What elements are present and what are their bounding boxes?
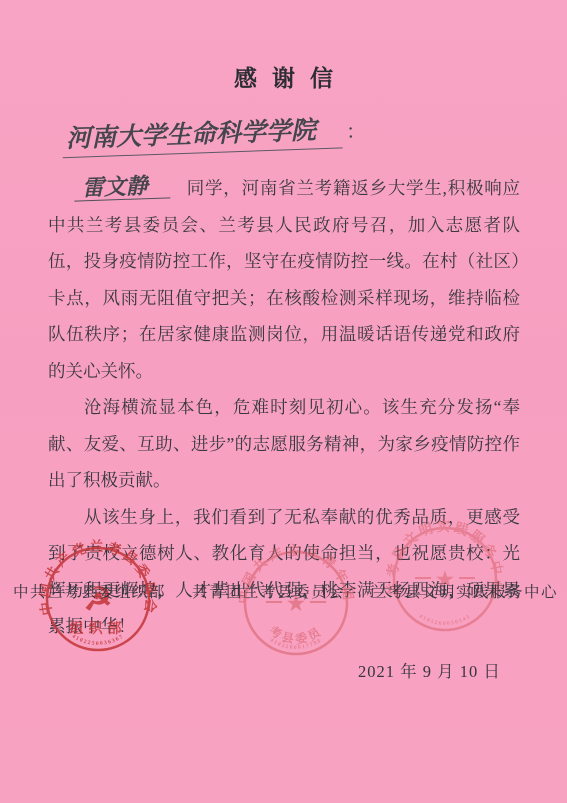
paragraph-3: 从该生身上，我们看到了无私奉献的优秀品质，更感受到了贵校立德树人、教化育人的使命…: [48, 499, 520, 645]
letter-body: 雷文静同学，河南省兰考籍返乡大学生,积极响应中共兰考县委员会、兰考县人民政府号召…: [48, 170, 520, 645]
signer-youth-league: 共青团兰考县委员会: [192, 584, 345, 601]
letter-title: 感谢信: [0, 60, 567, 93]
handwritten-recipient-school: 河南大学生命科学学院: [61, 109, 342, 158]
paragraph-1: 雷文静同学，河南省兰考籍返乡大学生,积极响应中共兰考县委员会、兰考县人民政府号召…: [48, 170, 520, 389]
handwritten-student-name: 雷文静: [74, 176, 171, 201]
paper-speck: [381, 509, 384, 511]
salutation-line: 河南大学生命科学学院：: [62, 110, 367, 157]
paragraph-1-text: 同学，河南省兰考籍返乡大学生,积极响应中共兰考县委员会、兰考县人民政府号召，加入…: [48, 178, 520, 381]
salutation-colon: ：: [346, 121, 367, 144]
letter-date: 2021 年 9 月 10 日: [358, 658, 501, 682]
paragraph-2: 沧海横流显本色，危难时刻见初心。该生充分发扬“奉献、友爱、互助、进步”的志愿服务…: [48, 389, 520, 499]
signature-line: 中共兰考县委组织部共青团兰考县委员会兰考县文明实践服务中心: [0, 580, 567, 602]
signer-party-org-dept: 中共兰考县委组织部: [13, 584, 166, 601]
signer-service-center: 兰考县文明实践服务中心: [371, 584, 558, 601]
scanned-letter-page: 感谢信 河南大学生命科学学院： 雷文静同学，河南省兰考籍返乡大学生,积极响应中共…: [0, 0, 567, 803]
